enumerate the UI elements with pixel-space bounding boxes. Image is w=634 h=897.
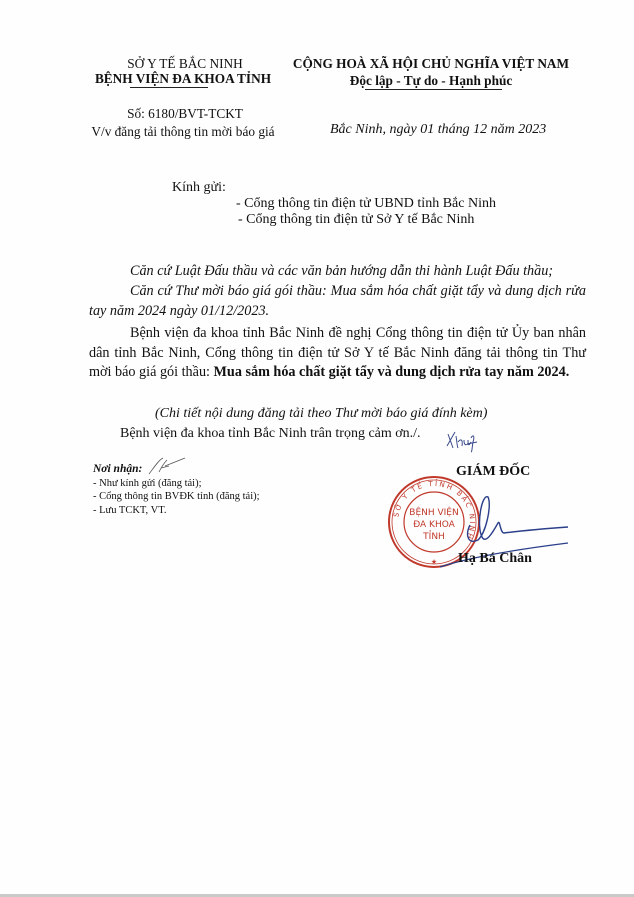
recipients-title: Nơi nhận: (93, 463, 142, 475)
department-name: SỞ Y TẾ BẮC NINH (82, 56, 288, 72)
package-name: Mua sắm hóa chất giặt tẩy và dung dịch r… (214, 364, 570, 380)
addressee-item: - Cổng thông tin điện tử Sở Y tế Bắc Nin… (238, 212, 474, 228)
document-subject: V/v đăng tải thông tin mời báo giá (78, 124, 288, 140)
recipient-item: - Như kính gửi (đăng tải); (93, 478, 202, 489)
document-number: Số: 6180/BVT-TCKT (82, 106, 288, 122)
motto-underline (365, 89, 502, 90)
closing-thanks: Bệnh viện đa khoa tỉnh Bắc Ninh trân trọ… (120, 426, 421, 442)
attachment-note: (Chi tiết nội dung đăng tải theo Thư mời… (155, 406, 487, 422)
legal-basis-1: Căn cứ Luật Đấu thầu và các văn bản hướn… (89, 262, 586, 282)
hospital-name-underline (130, 87, 208, 88)
recipient-item: - Cổng thông tin BVĐK tỉnh (đăng tải); (93, 491, 260, 502)
legal-basis-2: Căn cứ Thư mời báo giá gói thầu: Mua sắm… (89, 282, 586, 321)
addressee-item: - Cổng thông tin điện tử UBND tỉnh Bắc N… (236, 196, 496, 212)
request-paragraph: Bệnh viện đa khoa tỉnh Bắc Ninh đề nghị … (89, 324, 586, 383)
recipients-initial-icon (145, 456, 187, 476)
national-motto: Độc lập - Tự do - Hạnh phúc (284, 73, 578, 89)
place-date: Bắc Ninh, ngày 01 tháng 12 năm 2023 (330, 122, 546, 138)
salutation: Kính gửi: (172, 180, 226, 196)
signer-name: Hạ Bá Chân (458, 551, 532, 567)
initial-signature-icon (445, 428, 479, 454)
recipient-item: - Lưu TCKT, VT. (93, 505, 166, 516)
hospital-name: BỆNH VIỆN ĐA KHOA TỈNH (78, 71, 288, 87)
national-title: CỘNG HOÀ XÃ HỘI CHỦ NGHĨA VIỆT NAM (284, 56, 578, 72)
